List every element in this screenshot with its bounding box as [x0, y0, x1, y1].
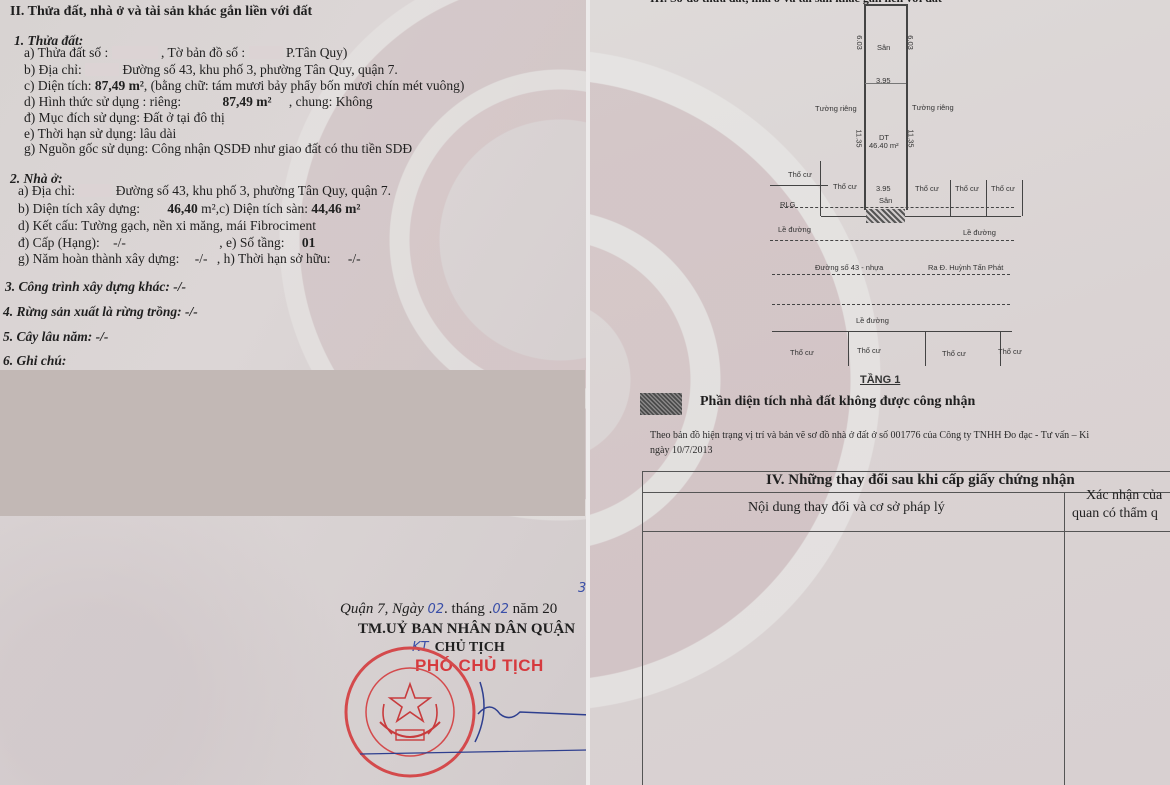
road-exit: Ra Đ. Huỳnh Tấn Phát	[928, 263, 1003, 272]
floor-label: TẦNG 1	[860, 374, 900, 386]
house-grade-floors: đ) Cấp (Hạng): -/- , e) Số tầng: 01	[18, 235, 315, 250]
issuing-authority: TM.UỶ BAN NHÂN DÂN QUẬN	[358, 621, 575, 638]
column-header-authority: quan có thẩm q	[1072, 506, 1158, 522]
redacted-map-sheet	[249, 46, 283, 59]
land-address: b) Địa chỉ: Đường số 43, khu phố 3, phườ…	[24, 62, 398, 77]
land-area: c) Diện tích: 87,49 m², (bằng chữ: tám m…	[24, 78, 464, 93]
house-area-label: 46.40 m²	[869, 141, 899, 150]
wall-label-right: Tường riêng	[912, 103, 954, 112]
legend-hatch-swatch	[640, 393, 682, 415]
place-date: Quận 7, Ngày 02. tháng .02 năm 20	[340, 601, 557, 618]
house-structure: d) Kết cấu: Tường gạch, nền xi măng, mái…	[18, 218, 316, 233]
redacted-parcel-number	[112, 46, 158, 59]
house-address: a) Địa chỉ: Đường số 43, khu phố 3, phườ…	[18, 183, 391, 198]
redacted-block	[0, 370, 585, 516]
land-parcel-number: a) Thửa đất số : , Tờ bản đồ số : P.Tân …	[24, 45, 347, 60]
land-use-purpose: đ) Mục đích sử dụng: Đất ở tại đô thị	[24, 110, 225, 125]
house-completion-ownership: g) Năm hoàn thành xây dựng: -/- , h) Thờ…	[18, 251, 361, 266]
official-seal-and-signature	[340, 642, 588, 782]
other-construction: 3. Công trình xây dựng khác: -/-	[5, 279, 186, 294]
certificate-right-page: III. Sơ đồ thửa đất, nhà ở và tài sản kh…	[590, 0, 1170, 785]
survey-date: ngày 10/7/2013	[650, 445, 713, 456]
changes-table-title: IV. Những thay đổi sau khi cấp giấy chứn…	[766, 472, 1075, 489]
section-title-ii: II. Thửa đất, nhà ở và tài sản khác gắn …	[10, 4, 312, 19]
road-name: Đường số 43 - nhựa	[815, 263, 883, 272]
redacted-house-number	[85, 63, 119, 76]
official-seal-icon	[346, 648, 474, 776]
column-header-confirmation: Xác nhận của	[1086, 488, 1162, 504]
land-use-term: e) Thời hạn sử dụng: lâu dài	[24, 126, 176, 141]
house-area: b) Diện tích xây dựng: 46,40 m²,c) Diện …	[18, 201, 360, 216]
unrecognized-area-hatch	[866, 209, 905, 223]
redacted-house-number	[78, 184, 112, 197]
notes-heading: 6. Ghi chú:	[3, 353, 66, 368]
survey-note: Theo bản đồ hiện trạng vị trí và bản vẽ …	[650, 430, 1089, 441]
production-forest: 4. Rừng sản xuất là rừng trồng: -/-	[3, 304, 198, 319]
wall-label-left: Tường riêng	[815, 104, 857, 113]
land-origin: g) Nguồn gốc sử dụng: Công nhận QSDĐ như…	[24, 141, 412, 156]
perennial-trees: 5. Cây lâu năm: -/-	[3, 329, 108, 344]
column-header-change-content: Nội dung thay đổi và cơ sở pháp lý	[748, 500, 945, 516]
legend-text: Phần diện tích nhà đất không được công n…	[700, 394, 975, 410]
certificate-left-page: II. Thửa đất, nhà ở và tài sản khác gắn …	[0, 0, 588, 785]
land-use-form: d) Hình thức sử dụng : riêng: 87,49 m² ,…	[24, 94, 373, 109]
